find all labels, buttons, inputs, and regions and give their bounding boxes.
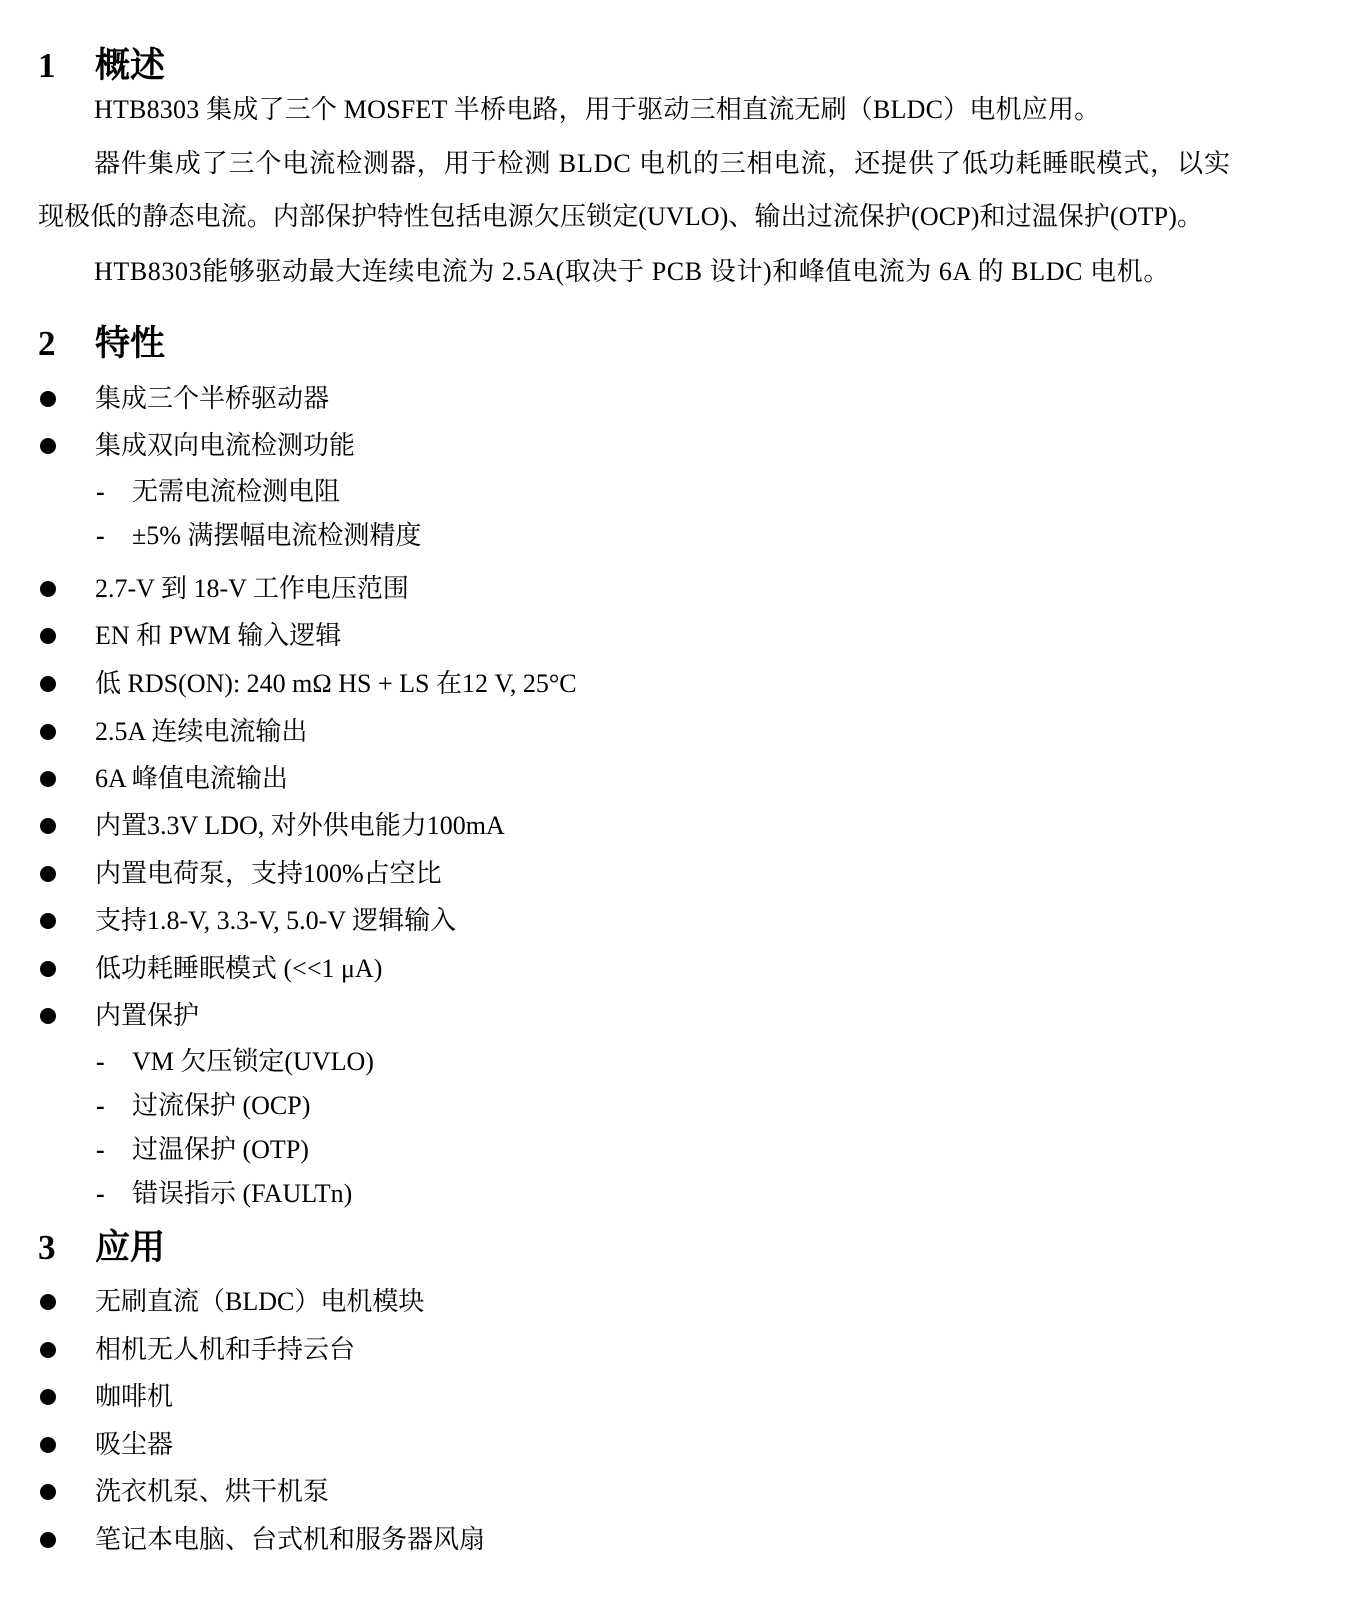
bullet-icon (40, 1484, 56, 1500)
bullet-icon (40, 866, 56, 882)
bullet-icon (40, 771, 56, 787)
dash-icon: - (96, 1047, 105, 1077)
document-page: 1概述 HTB8303 集成了三个 MOSFET 半桥电路，用于驱动三相直流无刷… (0, 0, 1349, 1607)
bullet-icon (40, 676, 56, 692)
bullet-icon (40, 1008, 56, 1024)
feature-text: EN 和 PWM 输入逻辑 (95, 621, 341, 651)
feature-text: 低功耗睡眠模式 (<<1 μA) (95, 954, 382, 984)
bullet-icon (40, 724, 56, 740)
bullet-icon (40, 581, 56, 597)
section-number: 1 (38, 46, 95, 86)
feature-sub-text: 过温保护 (OTP) (132, 1135, 309, 1165)
feature-sub-text: ±5% 满摆幅电流检测精度 (132, 521, 421, 551)
section-heading-applications: 3应用 (38, 1228, 165, 1268)
dash-icon: - (96, 521, 105, 551)
bullet-icon (40, 391, 56, 407)
feature-text: 2.7-V 到 18-V 工作电压范围 (95, 574, 409, 604)
feature-sub-text: VM 欠压锁定(UVLO) (132, 1047, 374, 1077)
feature-sub-text: 错误指示 (FAULTn) (132, 1179, 352, 1209)
bullet-icon (40, 1437, 56, 1453)
overview-paragraph-1: HTB8303 集成了三个 MOSFET 半桥电路，用于驱动三相直流无刷（BLD… (94, 95, 1100, 125)
feature-text: 集成三个半桥驱动器 (95, 384, 329, 414)
feature-text: 6A 峰值电流输出 (95, 764, 288, 794)
feature-text: 低 RDS(ON): 240 mΩ HS + LS 在12 V, 25°C (95, 669, 577, 699)
feature-text: 内置3.3V LDO, 对外供电能力100mA (95, 811, 505, 841)
application-text: 无刷直流（BLDC）电机模块 (95, 1287, 424, 1317)
feature-text: 2.5A 连续电流输出 (95, 717, 307, 747)
feature-sub-text: 过流保护 (OCP) (132, 1091, 310, 1121)
dash-icon: - (96, 477, 105, 507)
dash-icon: - (96, 1135, 105, 1165)
bullet-icon (40, 1342, 56, 1358)
dash-icon: - (96, 1179, 105, 1209)
section-number: 3 (38, 1228, 95, 1268)
feature-text: 内置保护 (95, 1001, 199, 1031)
dash-icon: - (96, 1091, 105, 1121)
overview-paragraph-2-line-1: 器件集成了三个电流检测器，用于检测 BLDC 电机的三相电流，还提供了低功耗睡眠… (94, 149, 1231, 179)
bullet-icon (40, 913, 56, 929)
overview-paragraph-2-line-2: 现极低的静态电流。内部保护特性包括电源欠压锁定(UVLO)、输出过流保护(OCP… (38, 202, 1203, 232)
bullet-icon (40, 1532, 56, 1548)
feature-sub-text: 无需电流检测电阻 (132, 477, 340, 507)
bullet-icon (40, 1389, 56, 1405)
section-heading-features: 2特性 (38, 324, 165, 364)
bullet-icon (40, 628, 56, 644)
application-text: 吸尘器 (95, 1430, 173, 1460)
bullet-icon (40, 438, 56, 454)
overview-paragraph-3: HTB8303能够驱动最大连续电流为 2.5A(取决于 PCB 设计)和峰值电流… (94, 257, 1170, 287)
section-title: 概述 (95, 46, 165, 85)
feature-text: 内置电荷泵，支持100%占空比 (95, 859, 442, 889)
application-text: 笔记本电脑、台式机和服务器风扇 (95, 1525, 485, 1555)
application-text: 咖啡机 (95, 1382, 173, 1412)
bullet-icon (40, 818, 56, 834)
application-text: 相机无人机和手持云台 (95, 1335, 355, 1365)
feature-text: 支持1.8-V, 3.3-V, 5.0-V 逻辑输入 (95, 906, 456, 936)
bullet-icon (40, 961, 56, 977)
application-text: 洗衣机泵、烘干机泵 (95, 1477, 329, 1507)
section-number: 2 (38, 324, 95, 364)
bullet-icon (40, 1294, 56, 1310)
section-title: 应用 (95, 1228, 165, 1267)
section-title: 特性 (95, 324, 165, 363)
section-heading-overview: 1概述 (38, 46, 165, 86)
feature-text: 集成双向电流检测功能 (95, 431, 355, 461)
